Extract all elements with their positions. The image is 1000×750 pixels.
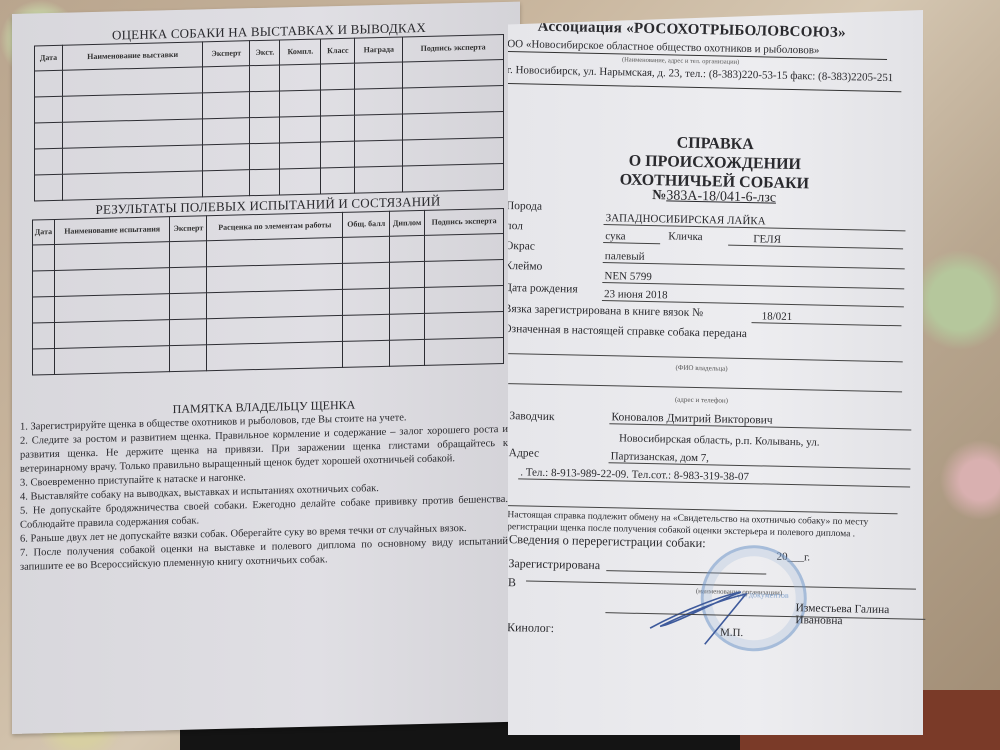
registered-label: Зарегистрирована bbox=[508, 556, 600, 573]
table-cell bbox=[203, 118, 250, 145]
table-cell bbox=[54, 320, 170, 349]
birth-date-value: 23 июня 2018 bbox=[602, 288, 904, 307]
cynologist-label: Кинолог: bbox=[507, 620, 554, 636]
mating-number-value: 18/021 bbox=[751, 310, 901, 326]
table-cell bbox=[250, 91, 280, 118]
breeder-address-line-2: Партизанская, дом 7, bbox=[609, 450, 911, 469]
table-cell bbox=[403, 85, 504, 113]
table-cell bbox=[170, 267, 207, 294]
mating-label: Вязка зарегистрирована в книге вязок № bbox=[504, 303, 704, 319]
table-cell bbox=[355, 140, 403, 167]
table-cell bbox=[33, 270, 55, 297]
table-cell bbox=[425, 337, 504, 365]
color-value: палевый bbox=[603, 250, 905, 269]
table-cell bbox=[54, 268, 170, 297]
table-cell bbox=[390, 261, 425, 288]
table-cell bbox=[62, 119, 202, 148]
table-cell bbox=[35, 122, 63, 149]
left-page: ОЦЕНКА СОБАКИ НА ВЫСТАВКАХ И ВЫВОДКАХ Да… bbox=[12, 2, 520, 734]
column-header: Дата bbox=[35, 45, 63, 71]
signature-icon bbox=[645, 588, 756, 650]
table-cell bbox=[280, 64, 321, 91]
column-header: Дата bbox=[33, 219, 55, 245]
birth-date-label: Дата рождения bbox=[504, 282, 578, 296]
transfer-label: Означенная в настоящей справке собака пе… bbox=[503, 323, 747, 340]
show-evaluation-section: ОЦЕНКА СОБАКИ НА ВЫСТАВКАХ И ВЫВОДКАХ Да… bbox=[34, 18, 504, 201]
table-cell bbox=[343, 340, 390, 367]
cynologist-name: Изместьева Галина Ивановна bbox=[795, 602, 910, 628]
sex-label: пол bbox=[505, 220, 523, 232]
table-cell bbox=[355, 166, 403, 193]
table-cell bbox=[343, 236, 390, 263]
number-prefix: № bbox=[652, 188, 666, 203]
seal-label: М.П. bbox=[720, 627, 743, 639]
owner-name-caption: (ФИО владельца) bbox=[675, 364, 727, 373]
table-cell bbox=[403, 111, 504, 139]
breeder-phone: . Тел.: 8-913-989-22-09. Тел.сот.: 8-983… bbox=[518, 466, 910, 487]
table-cell bbox=[62, 67, 202, 96]
organization-address: г. Новосибирск, ул. Нарымская, д. 23, те… bbox=[506, 64, 901, 92]
column-header: Компл. bbox=[280, 39, 321, 65]
table-cell bbox=[207, 237, 343, 266]
column-header: Экст. bbox=[250, 40, 280, 66]
show-evaluation-table: ДатаНаименование выставкиЭкспертЭкст.Ком… bbox=[34, 34, 504, 201]
table-cell bbox=[280, 168, 321, 195]
breeder-value: Коновалов Дмитрий Викторович bbox=[609, 411, 911, 430]
table-cell bbox=[62, 145, 202, 174]
document-title: СПРАВКА О ПРОИСХОЖДЕНИИ ОХОТНИЧЬЕЙ СОБАК… bbox=[584, 132, 845, 194]
column-header: Подпись эксперта bbox=[425, 208, 504, 235]
table-cell bbox=[343, 314, 390, 341]
table-cell bbox=[207, 341, 343, 370]
table-cell bbox=[35, 148, 63, 175]
color-label: Окрас bbox=[505, 240, 535, 253]
table-cell bbox=[170, 319, 207, 346]
column-header: Награда bbox=[355, 37, 403, 63]
table-cell bbox=[62, 171, 202, 200]
column-header: Наименование испытания bbox=[54, 217, 170, 245]
table-cell bbox=[203, 144, 250, 171]
table-cell bbox=[343, 288, 390, 315]
table-cell bbox=[280, 142, 321, 169]
breeder-address-line-1: Новосибирская область, р.п. Колывань, ул… bbox=[619, 432, 820, 448]
owner-name-line bbox=[503, 353, 903, 362]
column-header: Расценка по элементам работы bbox=[207, 212, 343, 240]
brand-label: Клеймо bbox=[505, 260, 543, 273]
table-cell bbox=[280, 116, 321, 143]
table-cell bbox=[203, 170, 250, 197]
table-cell bbox=[321, 167, 355, 194]
table-cell bbox=[390, 313, 425, 340]
table-cell bbox=[54, 294, 170, 323]
table-cell bbox=[403, 59, 504, 87]
table-cell bbox=[425, 233, 504, 261]
table-cell bbox=[280, 90, 321, 117]
table-cell bbox=[35, 70, 63, 97]
table-cell bbox=[203, 92, 250, 119]
table-cell bbox=[403, 137, 504, 165]
breed-label: Порода bbox=[506, 200, 542, 213]
organization-caption: (Наименование, адрес и тел. организации) bbox=[622, 56, 739, 65]
field-trials-table: ДатаНаименование испытанияЭкспертРасценк… bbox=[32, 208, 504, 376]
table-cell bbox=[425, 259, 504, 287]
table-cell bbox=[35, 174, 63, 201]
field-trials-section: РЕЗУЛЬТАТЫ ПОЛЕВЫХ ИСПЫТАНИЙ И СОСТЯЗАНИ… bbox=[32, 192, 504, 376]
table-cell bbox=[390, 287, 425, 314]
in-label: В bbox=[508, 575, 516, 590]
table-cell bbox=[33, 322, 55, 349]
table-cell bbox=[33, 348, 55, 375]
table-cell bbox=[250, 169, 280, 196]
table-cell bbox=[54, 346, 170, 375]
table-cell bbox=[207, 263, 343, 292]
right-page: Ассоциация «РОСОХОТРЫБОЛОВСОЮЗ» ОО «Ново… bbox=[508, 10, 923, 735]
sex-value: сука bbox=[603, 230, 660, 244]
table-cell bbox=[355, 62, 403, 89]
table-cell bbox=[33, 296, 55, 323]
table-cell bbox=[321, 115, 355, 142]
address-label: Адрес bbox=[509, 447, 540, 460]
table-cell bbox=[321, 63, 355, 90]
number-value: 383А-18/041-6-лзс bbox=[666, 188, 776, 205]
table-cell bbox=[207, 315, 343, 344]
table-cell bbox=[250, 143, 280, 170]
table-cell bbox=[355, 114, 403, 141]
reregistration-heading: Сведения о перерегистрации собаки: bbox=[509, 532, 706, 551]
table-cell bbox=[355, 88, 403, 115]
table-cell bbox=[343, 262, 390, 289]
table-cell bbox=[170, 293, 207, 320]
table-cell bbox=[207, 289, 343, 318]
dog-name-value: ГЕЛЯ bbox=[728, 233, 903, 250]
table-cell bbox=[250, 117, 280, 144]
table-cell bbox=[62, 93, 202, 122]
owner-address-caption: (адрес и телефон) bbox=[675, 396, 728, 405]
table-cell bbox=[54, 242, 170, 271]
column-header: Эксперт bbox=[203, 41, 250, 67]
owner-address-line bbox=[502, 383, 902, 392]
table-cell bbox=[403, 163, 504, 191]
column-header: Класс bbox=[321, 38, 355, 64]
breeder-label: Заводчик bbox=[509, 410, 554, 423]
column-header: Наименование выставки bbox=[62, 42, 202, 70]
column-header: Подпись эксперта bbox=[403, 34, 504, 61]
table-cell bbox=[33, 244, 55, 271]
table-cell bbox=[203, 66, 250, 93]
column-header: Диплом bbox=[390, 210, 425, 236]
table-cell bbox=[390, 339, 425, 366]
table-cell bbox=[390, 235, 425, 262]
table-cell bbox=[425, 285, 504, 313]
column-header: Эксперт bbox=[170, 216, 207, 242]
table-cell bbox=[170, 345, 207, 372]
table-cell bbox=[321, 89, 355, 116]
association-name: Ассоциация «РОСОХОТРЫБОЛОВСОЮЗ» bbox=[537, 19, 846, 42]
breed-value: ЗАПАДНОСИБИРСКАЯ ЛАЙКА bbox=[604, 212, 906, 231]
table-cell bbox=[35, 96, 63, 123]
table-cell bbox=[250, 65, 280, 92]
table-cell bbox=[170, 241, 207, 268]
name-label: Кличка bbox=[668, 230, 703, 243]
table-cell bbox=[321, 141, 355, 168]
table-cell bbox=[425, 311, 504, 339]
puppy-owner-memo: ПАМЯТКА ВЛАДЕЛЬЦУ ЩЕНКА 1. Зарегистрируй… bbox=[20, 394, 508, 575]
brand-value: NEN 5799 bbox=[602, 270, 904, 289]
column-header: Общ. балл bbox=[343, 211, 390, 237]
